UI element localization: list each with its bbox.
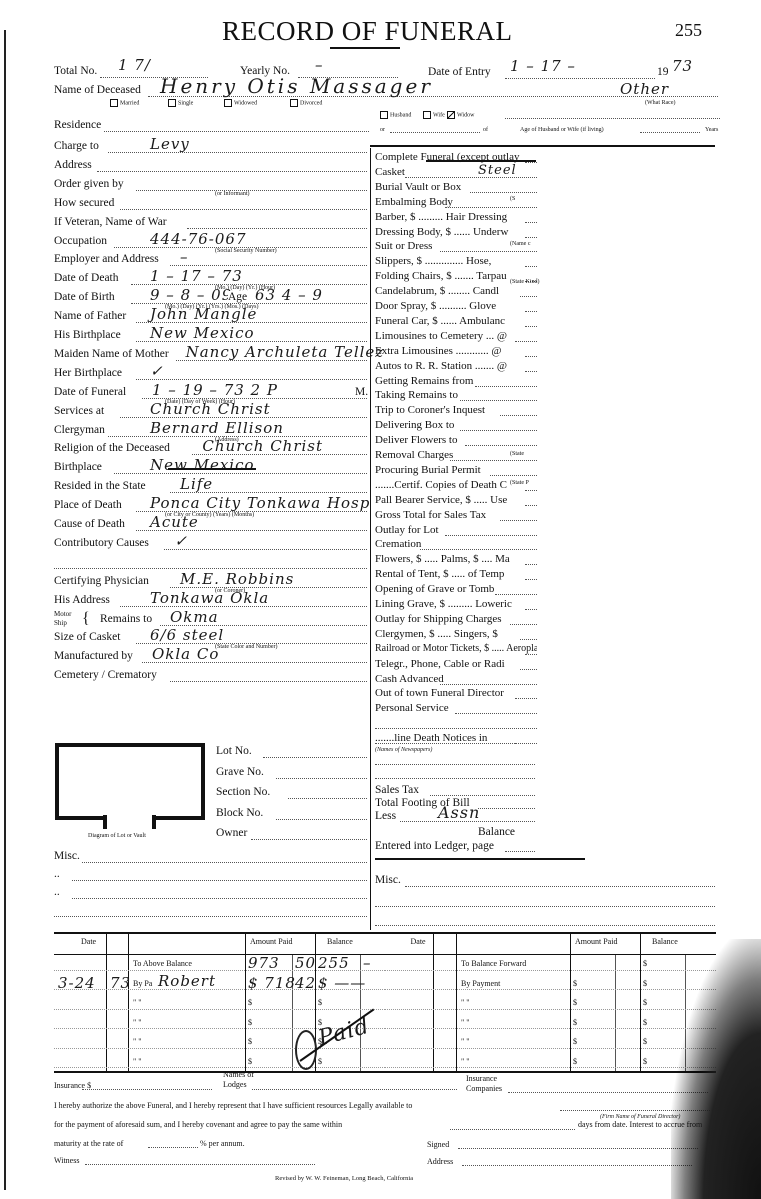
revised-by: Revised by W. W. Feineman, Long Beach, C…	[275, 1175, 413, 1182]
scan-shadow	[671, 939, 761, 1199]
address-label: Address	[427, 1157, 453, 1166]
percent-text: % per annum.	[200, 1139, 245, 1148]
charge-item[interactable]: Autos to R. R. Station ....... @	[375, 360, 537, 372]
checkbox-box-checked[interactable]	[447, 111, 455, 119]
charge-to-label: Charge to	[54, 140, 99, 152]
charge-item[interactable]: Railroad or Motor Tickets, $ ..... Aerop…	[375, 643, 537, 654]
services-at-label: Services at	[54, 405, 104, 417]
yearly-no-value[interactable]: –	[315, 56, 324, 74]
year-value[interactable]: 73	[672, 57, 693, 75]
checkbox-husband[interactable]: Husband	[380, 111, 411, 119]
binding-edge	[4, 30, 6, 1190]
resided-in-the-state-label: Resided in the State	[54, 480, 146, 492]
charge-item[interactable]: Limousines to Cemetery ... @	[375, 330, 537, 342]
if-veteran-name-of-war-label: If Veteran, Name of War	[54, 216, 167, 228]
separator-top	[370, 145, 715, 147]
checkbox-box[interactable]	[290, 99, 298, 107]
residence-label: Residence	[54, 119, 101, 131]
birthplace-label: Birthplace	[54, 461, 102, 473]
ledger-desc: To Balance Forward	[461, 959, 526, 968]
lodges-label-top: Names of	[223, 1070, 254, 1079]
newspapers-caption: (Names of Newspapers)	[375, 747, 432, 753]
signed-label: Signed	[427, 1140, 449, 1149]
ledger-page-label: Entered into Ledger, page	[375, 840, 494, 852]
charge-item[interactable]: Funeral Car, $ ...... Ambulanc	[375, 315, 537, 327]
contributory-causes-value[interactable]: ✓	[174, 532, 188, 550]
ledger-cents[interactable]: 50	[295, 954, 316, 972]
checkbox-box[interactable]	[110, 99, 118, 107]
name-of-deceased-value[interactable]: Henry Otis Massager	[160, 74, 433, 98]
remains-to-label: Remains to	[100, 613, 152, 625]
paid-stamp: Paid	[316, 1014, 373, 1052]
owner-label: Owner	[216, 827, 247, 839]
occupation-caption: (Social Security Number)	[215, 248, 277, 254]
place-of-death-value[interactable]: Ponca City Tonkawa Hosp	[150, 494, 370, 512]
place-of-death-label: Place of Death	[54, 499, 122, 511]
birthplace-value[interactable]: New Mexico	[150, 456, 255, 474]
charge-item[interactable]: Out of town Funeral Director	[375, 687, 537, 699]
casket-value[interactable]: Steel	[478, 163, 517, 178]
manufactured-by-label: Manufactured by	[54, 650, 133, 662]
date-of-death-label: Date of Death	[54, 272, 119, 284]
age-spouse-label: Age of Husband or Wife (if living)	[520, 127, 604, 133]
clergyman-value[interactable]: Bernard Ellison	[150, 419, 284, 437]
col-header-amount-paid: Amount Paid	[250, 937, 292, 946]
ledger-desc: By Pa	[133, 979, 152, 988]
cemetery-crematory-label: Cemetery / Crematory	[54, 669, 157, 681]
col-header-date: Date	[411, 937, 426, 946]
checkbox-married[interactable]: Married	[110, 99, 139, 107]
checkbox-widow[interactable]: Widow	[447, 111, 474, 119]
charge-item[interactable]: Lining Grave, $ ......... Loweric	[375, 598, 537, 610]
order-given-by-caption: (or Informant)	[215, 191, 250, 197]
ledger-balance[interactable]: $	[318, 998, 322, 1007]
checkbox-box[interactable]	[380, 111, 388, 119]
ledger-balance[interactable]: $	[643, 959, 647, 968]
sales-tax-label: Sales Tax	[375, 784, 419, 796]
date-of-entry-value[interactable]: 1 – 17 –	[510, 57, 576, 75]
checkbox-widowed[interactable]: Widowed	[224, 99, 257, 107]
charge-caption: (State P	[510, 480, 529, 486]
ledger-year[interactable]: 73	[110, 974, 131, 992]
manufactured-by-value[interactable]: Okla Co	[152, 645, 219, 663]
authorize-text: I hereby authorize the above Funeral, an…	[54, 1101, 412, 1110]
certifying-physician-label: Certifying Physician	[54, 575, 149, 587]
charge-item[interactable]: Candelabrum, $ ........ Candl	[375, 285, 537, 297]
balance-label: Balance	[478, 826, 515, 838]
date-of-birth-label: Date of Birth	[54, 291, 115, 303]
ledger-balance[interactable]: 255	[318, 954, 350, 972]
ledger-balance[interactable]: $	[643, 1018, 647, 1027]
ledger-amount[interactable]: $	[573, 979, 577, 988]
charge-caption: (State Kind)	[510, 279, 540, 285]
his-address-label: His Address	[54, 594, 110, 606]
ledger-amount[interactable]: $	[248, 1037, 252, 1046]
date-of-birth-value[interactable]: 9 – 8 – 09	[150, 286, 232, 304]
companies-label-bottom: Companies	[466, 1084, 502, 1093]
years-label: Years	[705, 127, 718, 133]
employer-and-address-label: Employer and Address	[54, 253, 159, 265]
checkbox-box[interactable]	[168, 99, 176, 107]
charge-item[interactable]: Door Spray, $ .......... Glove	[375, 300, 537, 312]
religion-of-the-deceased-label: Religion of the Deceased	[54, 442, 170, 454]
lodges-label-bottom: Lodges	[223, 1080, 247, 1089]
strikethrough	[168, 468, 256, 470]
her-birthplace-value[interactable]: ✓	[150, 362, 164, 380]
column-divider	[370, 148, 371, 930]
charge-item[interactable]: Barber, $ ......... Hair Dressing	[375, 211, 537, 223]
charge-to-value[interactable]: Levy	[150, 135, 190, 153]
contributory-causes-label: Contributory Causes	[54, 537, 149, 549]
charge-caption: (Name c	[510, 241, 531, 247]
certifying-physician-value[interactable]: M.E. Robbins	[180, 570, 294, 588]
occupation-label: Occupation	[54, 235, 107, 247]
lot-no-label: Lot No.	[216, 745, 252, 757]
employer-and-address-value[interactable]: –	[180, 248, 189, 266]
charge-item[interactable]: Clergymen, $ ..... Singers, $	[375, 628, 537, 640]
total-no-label: Total No.	[54, 65, 97, 77]
ledger-desc: " "	[133, 1018, 142, 1027]
ledger-balance[interactable]: $	[318, 1057, 322, 1066]
col-header-balance: Balance	[327, 937, 353, 946]
date-of-death-value[interactable]: 1 – 17 – 73	[150, 267, 243, 285]
ledger-desc: " "	[133, 998, 142, 1007]
date-of-funeral-value[interactable]: 1 – 19 – 73 2 P	[152, 381, 278, 399]
page-title: RECORD OF FUNERAL	[222, 16, 513, 47]
name-of-father-label: Name of Father	[54, 310, 126, 322]
ledger-amount[interactable]: $	[248, 998, 252, 1007]
witness-label: Witness	[54, 1156, 79, 1165]
ledger-desc: " "	[133, 1037, 142, 1046]
ledger-desc: " "	[461, 1037, 470, 1046]
ledger-amount[interactable]: 973	[248, 954, 280, 972]
checkbox-box[interactable]	[423, 111, 431, 119]
ledger-desc: " "	[461, 1018, 470, 1027]
ledger-amount[interactable]: $	[248, 1018, 252, 1027]
race-caption: (What Race)	[645, 100, 675, 106]
age-value[interactable]: 63 4 – 9	[255, 286, 323, 304]
ledger-amount[interactable]: $ 718	[248, 974, 296, 992]
motor-label: Motor	[54, 610, 72, 618]
cause-of-death-label: Cause of Death	[54, 518, 125, 530]
ledger-amount[interactable]: $	[248, 1057, 252, 1066]
clergyman-label: Clergyman	[54, 424, 105, 436]
ledger-payer[interactable]: Robert	[158, 972, 216, 990]
ship-label: Ship	[54, 619, 67, 627]
checkbox-divorced[interactable]: Divorced	[290, 99, 322, 107]
ledger-date[interactable]: 3-24	[58, 974, 96, 992]
less-label: Less	[375, 810, 396, 822]
charge-caption: (State	[510, 451, 524, 457]
address-label: Address	[54, 159, 92, 171]
ledger-desc: " "	[133, 1057, 142, 1066]
totals-separator	[375, 858, 585, 860]
checkbox-wife[interactable]: Wife	[423, 111, 445, 119]
ledger-balance[interactable]: $	[643, 998, 647, 1007]
diagram-caption: Diagram of Lot or Vault	[88, 833, 146, 839]
cause-of-death-value[interactable]: Acute	[150, 513, 199, 531]
ledger-amount[interactable]: $	[573, 1057, 577, 1066]
companies-label-top: Insurance	[466, 1074, 497, 1083]
her-birthplace-label: Her Birthplace	[54, 367, 122, 379]
checkbox-single[interactable]: Single	[168, 99, 193, 107]
resided-in-the-state-value[interactable]: Life	[180, 475, 213, 493]
his-birthplace-label: His Birthplace	[54, 329, 121, 341]
funeral-record-page: RECORD OF FUNERAL 255 Total No. 1 7/ Yea…	[0, 0, 761, 1199]
charge-item[interactable]: Pall Bearer Service, $ ..... Use	[375, 494, 537, 506]
ledger-balance[interactable]: $	[643, 1057, 647, 1066]
charge-item[interactable]: Extra Limousines ............ @	[375, 345, 537, 357]
charge-caption: (S	[510, 196, 515, 202]
total-no-value[interactable]: 1 7/	[118, 56, 151, 74]
ledger-balance[interactable]: $ ——	[318, 974, 366, 992]
maiden-name-of-mother-value[interactable]: Nancy Archuleta Tellez	[186, 343, 385, 361]
his-address-value[interactable]: Tonkawa Okla	[150, 589, 269, 607]
ledger-balance[interactable]: $	[643, 979, 647, 988]
race-value[interactable]: Other	[620, 80, 669, 98]
maturity-text: maturity at the rate of	[54, 1139, 123, 1148]
size-of-casket-caption: (State Color and Number)	[215, 644, 277, 650]
charge-item[interactable]: Slippers, $ .............. Hose,	[375, 255, 537, 267]
covenant-text: for the payment of aforesaid sum, and I …	[54, 1120, 342, 1129]
ledger-desc: To Above Balance	[133, 959, 192, 968]
order-given-by-label: Order given by	[54, 178, 124, 190]
charge-item[interactable]: Rental of Tent, $ ..... of Temp	[375, 568, 537, 580]
block-no-label: Block No.	[216, 807, 263, 819]
col-header-date: Date	[81, 937, 96, 946]
section-no-label: Section No.	[216, 786, 270, 798]
name-of-father-value[interactable]: John Mangle	[150, 305, 257, 323]
religion-of-the-deceased-value[interactable]: Church Christ	[202, 437, 323, 455]
ledger-amount[interactable]: $	[573, 1018, 577, 1027]
charge-item[interactable]: Flowers, $ ..... Palms, $ .... Ma	[375, 553, 537, 565]
ledger-balance[interactable]: $	[643, 1037, 647, 1046]
meridiem-label: M.	[355, 386, 368, 398]
ledger-cents[interactable]: 42	[295, 974, 316, 992]
ledger-desc: " "	[461, 998, 470, 1007]
grave-no-label: Grave No.	[216, 766, 264, 778]
spouse-of-right: of	[483, 127, 488, 133]
ledger-balance-cents[interactable]: –	[363, 954, 372, 972]
date-of-entry-label: Date of Entry	[428, 66, 491, 78]
less-value[interactable]: Assn	[438, 803, 480, 822]
age-label: Age	[228, 291, 247, 303]
page-number: 255	[675, 20, 702, 41]
size-of-casket-value[interactable]: 6/6 steel	[150, 626, 224, 644]
ledger-amount[interactable]: $	[573, 998, 577, 1007]
date-of-funeral-label: Date of Funeral	[54, 386, 126, 398]
name-of-deceased-label: Name of Deceased	[54, 84, 141, 96]
lot-diagram	[55, 743, 205, 820]
charge-item[interactable]: Dressing Body, $ ...... Underw	[375, 226, 537, 238]
ledger-desc: " "	[461, 1057, 470, 1066]
checkbox-box[interactable]	[224, 99, 232, 107]
spouse-of-left: or	[380, 127, 385, 133]
ledger-amount[interactable]: $	[573, 1037, 577, 1046]
col-header-amount-paid: Amount Paid	[575, 937, 617, 946]
his-birthplace-value[interactable]: New Mexico	[150, 324, 255, 342]
remains-to-value[interactable]: Okma	[170, 608, 219, 626]
maiden-name-of-mother-label: Maiden Name of Mother	[54, 348, 169, 360]
misc-left-label: Misc.	[54, 850, 80, 862]
charge-item[interactable]: Telegr., Phone, Cable or Radi	[375, 658, 537, 670]
year-prefix: 19	[657, 66, 669, 78]
misc-right-label: Misc.	[375, 874, 401, 886]
size-of-casket-label: Size of Casket	[54, 631, 120, 643]
title-underline	[330, 47, 400, 49]
ledger-desc: By Payment	[461, 979, 500, 988]
services-at-value[interactable]: Church Christ	[150, 400, 271, 418]
complete-funeral-underline	[426, 160, 536, 162]
occupation-value[interactable]: 444-76-067	[150, 230, 246, 248]
how-secured-label: How secured	[54, 197, 114, 209]
